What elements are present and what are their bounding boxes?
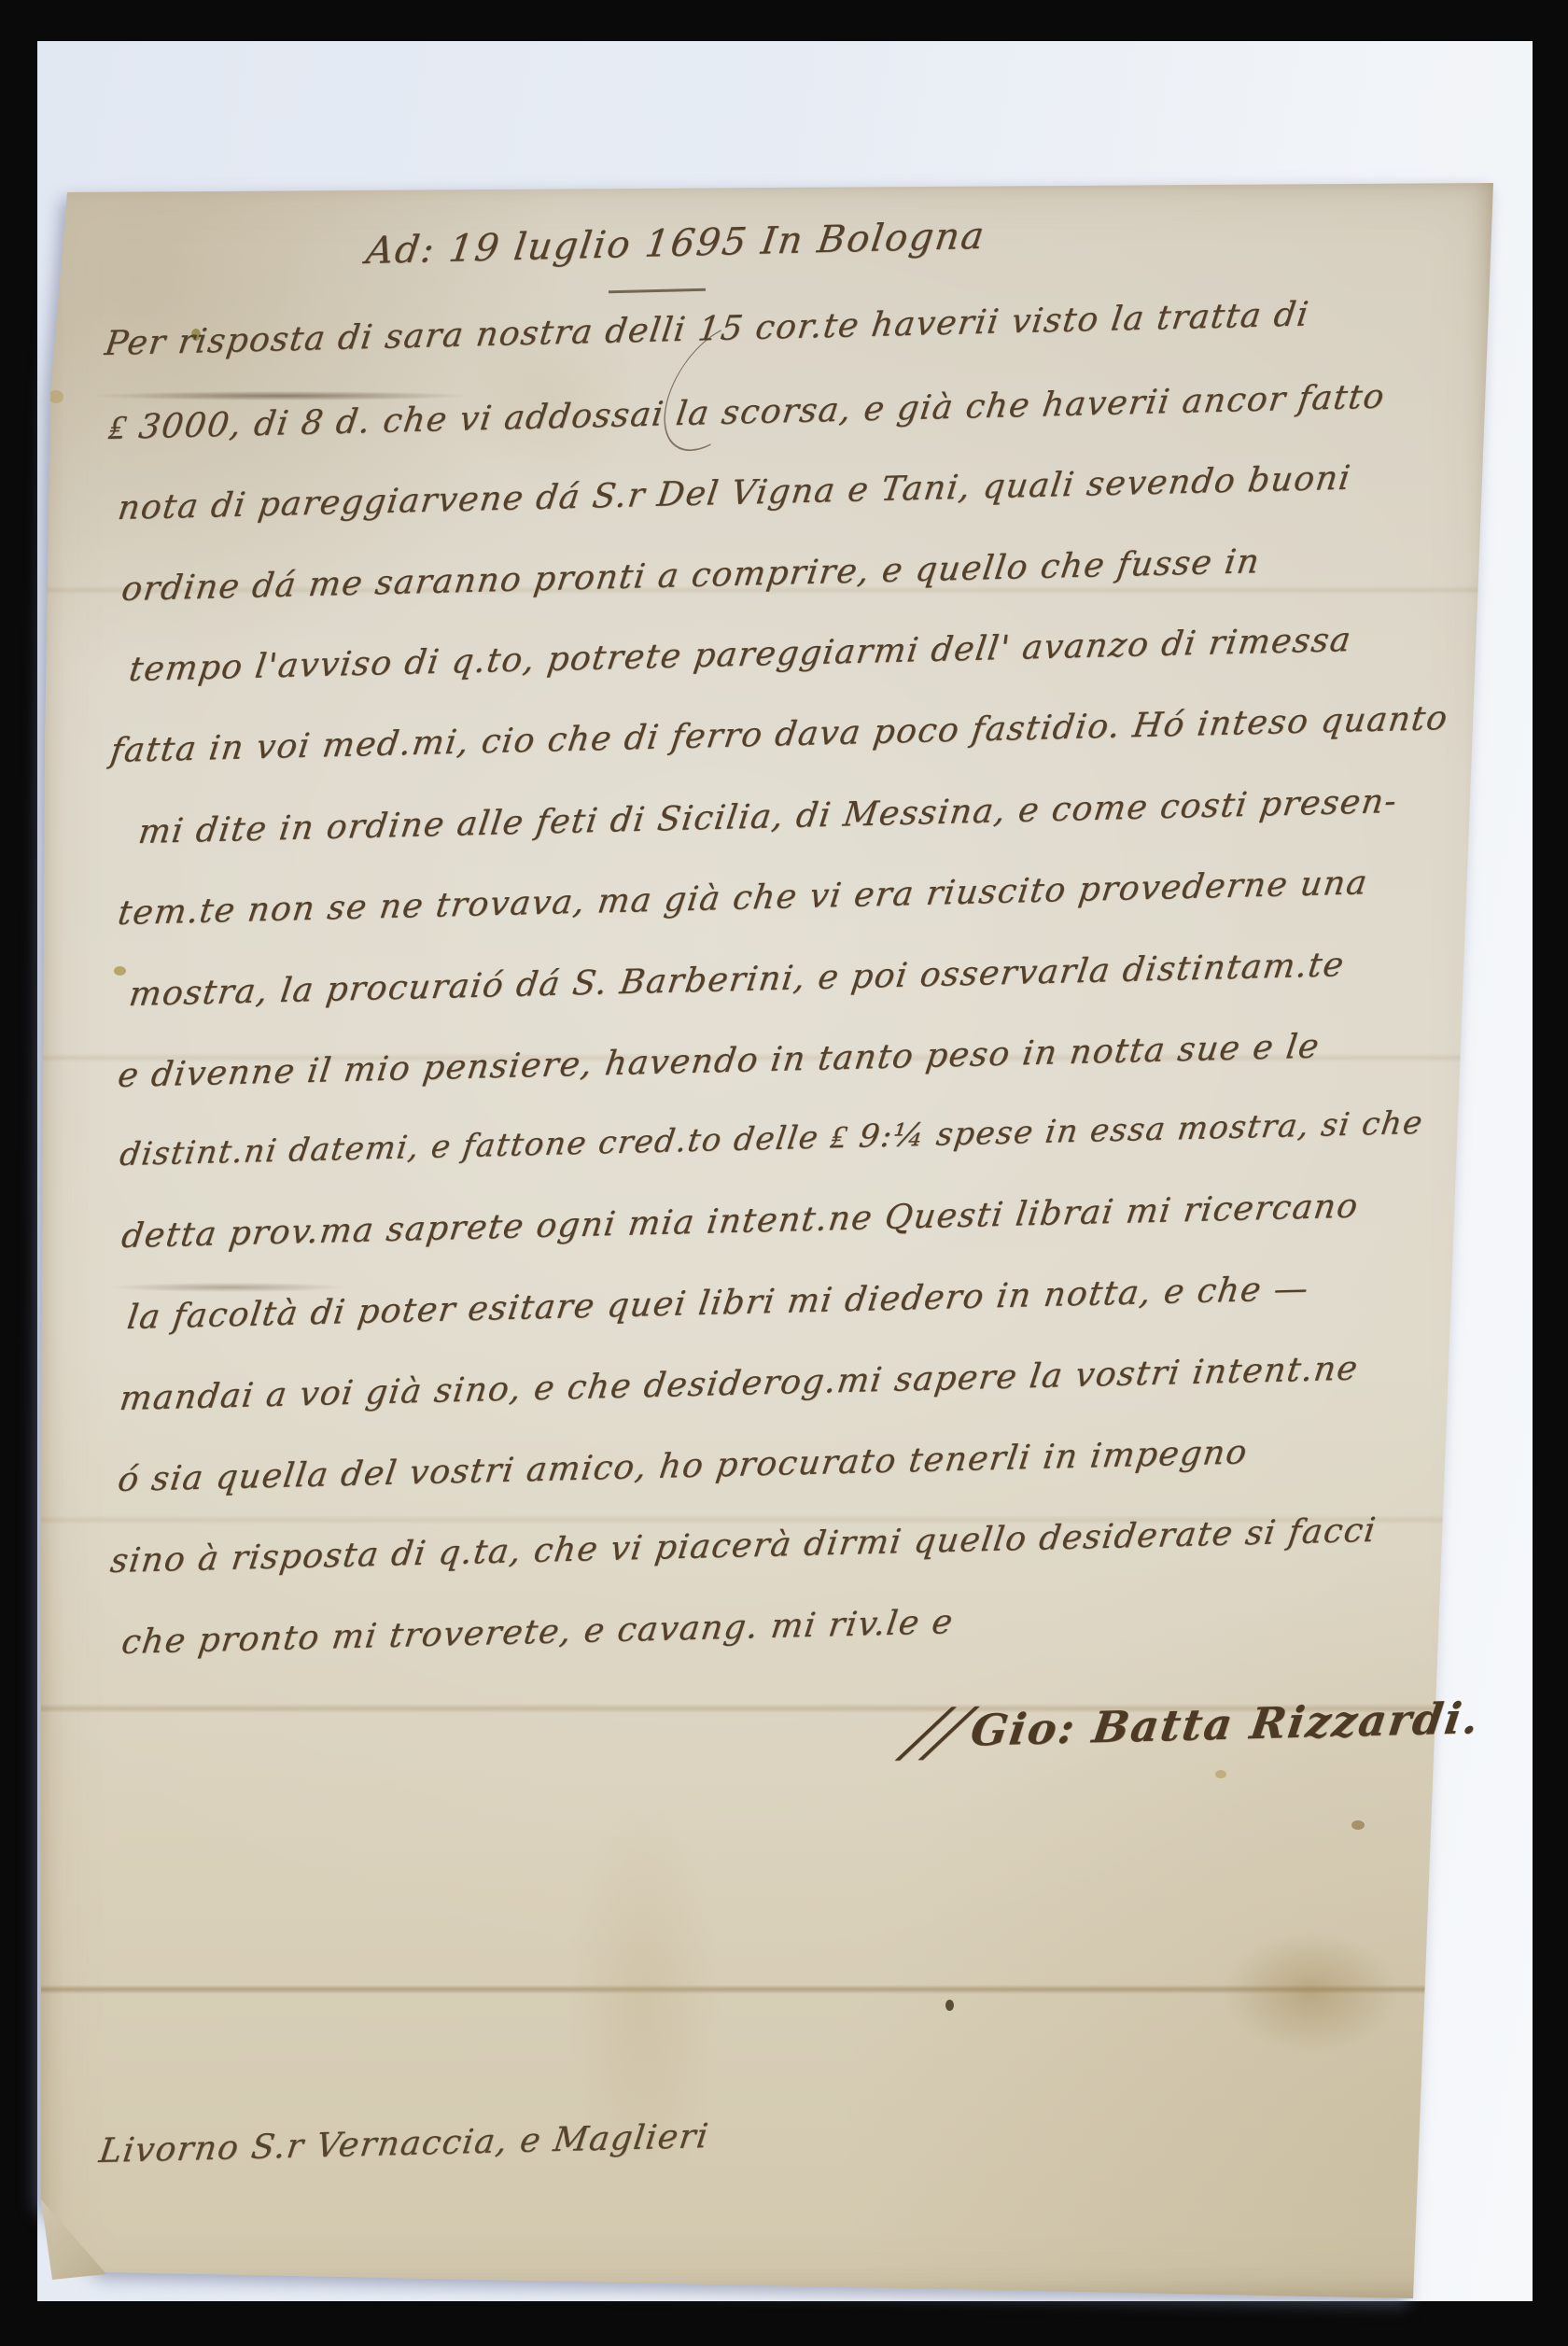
stain-blotch: [1223, 1932, 1400, 2054]
paper-speck: [1351, 1820, 1365, 1830]
paper-speck: [945, 2000, 954, 2011]
water-stain: [541, 1764, 747, 2287]
signature-flourish: ∕∕: [915, 1733, 961, 1734]
paper-speck: [114, 966, 126, 976]
paper-speck: [1215, 1770, 1226, 1778]
paper-speck: [49, 390, 63, 403]
crease-smudge: [112, 1282, 392, 1293]
